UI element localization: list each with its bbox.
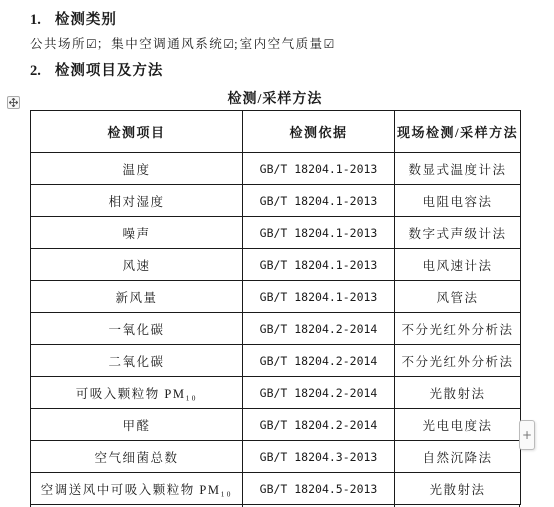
table-row: 甲醛GB/T 18204.2-2014光电电度法 <box>31 409 521 441</box>
table-row: 相对湿度GB/T 18204.1-2013电阻电容法 <box>31 185 521 217</box>
plus-icon: + <box>522 428 532 442</box>
insert-button[interactable]: + <box>519 420 535 450</box>
table-cell: GB/T 18204.3-2013 <box>243 441 395 473</box>
checkbox-checked-icon: ☑ <box>324 37 335 51</box>
methods-table: 检测项目 检测依据 现场检测/采样方法 温度GB/T 18204.1-2013数… <box>30 110 521 505</box>
table-header-row: 检测项目 检测依据 现场检测/采样方法 <box>31 111 521 153</box>
checkbox-checked-icon: ☑ <box>223 37 234 51</box>
table-cell: GB/T 18204.2-2014 <box>243 409 395 441</box>
table-row: 可吸入颗粒物 PM₁₀GB/T 18204.2-2014光散射法 <box>31 377 521 409</box>
table-cell: 光电电度法 <box>395 409 521 441</box>
table-cell: 空调送风中可吸入颗粒物 PM₁₀ <box>31 473 243 505</box>
table-cell: GB/T 18204.2-2014 <box>243 345 395 377</box>
table-cell: 数字式声级计法 <box>395 217 521 249</box>
table-cell: 二氧化碳 <box>31 345 243 377</box>
table-cell: 电阻电容法 <box>395 185 521 217</box>
section-heading-1: 1.检测类别 <box>30 8 117 29</box>
table-cell: 空气细菌总数 <box>31 441 243 473</box>
category-checkbox-line: 公共场所☑；集中空调通风系统☑;室内空气质量☑ <box>30 34 334 52</box>
table-row: 空气细菌总数GB/T 18204.3-2013自然沉降法 <box>31 441 521 473</box>
table-cell: 自然沉降法 <box>395 441 521 473</box>
separator: ； <box>97 37 110 51</box>
table-cell: 不分光红外分析法 <box>395 313 521 345</box>
table-cell: 可吸入颗粒物 PM₁₀ <box>31 377 243 409</box>
table-cell: 相对湿度 <box>31 185 243 217</box>
table-cell: GB/T 18204.1-2013 <box>243 281 395 313</box>
section-heading-2: 2.检测项目及方法 <box>30 59 163 80</box>
table-cell: GB/T 18204.2-2014 <box>243 377 395 409</box>
col-header-sampling-method: 现场检测/采样方法 <box>395 111 521 153</box>
table-cell: GB/T 18204.1-2013 <box>243 249 395 281</box>
category-label-public-places: 公共场所 <box>30 37 86 51</box>
table-row: 空调送风中可吸入颗粒物 PM₁₀GB/T 18204.5-2013光散射法 <box>31 473 521 505</box>
category-label-hvac-system: 集中空调通风系统 <box>111 37 223 51</box>
table-cell: 噪声 <box>31 217 243 249</box>
table-cell: GB/T 18204.1-2013 <box>243 185 395 217</box>
table-row: 二氧化碳GB/T 18204.2-2014不分光红外分析法 <box>31 345 521 377</box>
table-row: 一氧化碳GB/T 18204.2-2014不分光红外分析法 <box>31 313 521 345</box>
table-cell: 数显式温度计法 <box>395 153 521 185</box>
col-header-detection-item: 检测项目 <box>31 111 243 153</box>
section-number: 1. <box>30 12 41 29</box>
section-title: 检测项目及方法 <box>55 63 164 79</box>
col-header-detection-basis: 检测依据 <box>243 111 395 153</box>
section-number: 2. <box>30 63 41 80</box>
table-cell: GB/T 18204.5-2013 <box>243 473 395 505</box>
table-row: 温度GB/T 18204.1-2013数显式温度计法 <box>31 153 521 185</box>
table-cell: 新风量 <box>31 281 243 313</box>
table-cell: GB/T 18204.2-2014 <box>243 313 395 345</box>
category-label-indoor-air-quality: 室内空气质量 <box>240 37 324 51</box>
table-cell: 甲醛 <box>31 409 243 441</box>
table-cell: GB/T 18204.1-2013 <box>243 153 395 185</box>
four-direction-arrows-icon <box>9 98 18 107</box>
table-cell: 风管法 <box>395 281 521 313</box>
checkbox-checked-icon: ☑ <box>86 37 97 51</box>
separator: ; <box>234 37 237 51</box>
document-page: 1.检测类别 公共场所☑；集中空调通风系统☑;室内空气质量☑ 2.检测项目及方法… <box>0 0 554 507</box>
table-cell: 光散射法 <box>395 377 521 409</box>
table-cell: 电风速计法 <box>395 249 521 281</box>
table-cell: 风速 <box>31 249 243 281</box>
table-cell: 不分光红外分析法 <box>395 345 521 377</box>
table-cell: 光散射法 <box>395 473 521 505</box>
section-title: 检测类别 <box>55 12 117 28</box>
table-cell: 一氧化碳 <box>31 313 243 345</box>
table-move-handle[interactable] <box>7 96 20 109</box>
methods-table-wrapper: 检测项目 检测依据 现场检测/采样方法 温度GB/T 18204.1-2013数… <box>30 110 521 505</box>
table-title: 检测/采样方法 <box>30 88 520 108</box>
table-row: 新风量GB/T 18204.1-2013风管法 <box>31 281 521 313</box>
table-row: 风速GB/T 18204.1-2013电风速计法 <box>31 249 521 281</box>
table-row: 噪声GB/T 18204.1-2013数字式声级计法 <box>31 217 521 249</box>
table-cell: GB/T 18204.1-2013 <box>243 217 395 249</box>
table-cell: 温度 <box>31 153 243 185</box>
